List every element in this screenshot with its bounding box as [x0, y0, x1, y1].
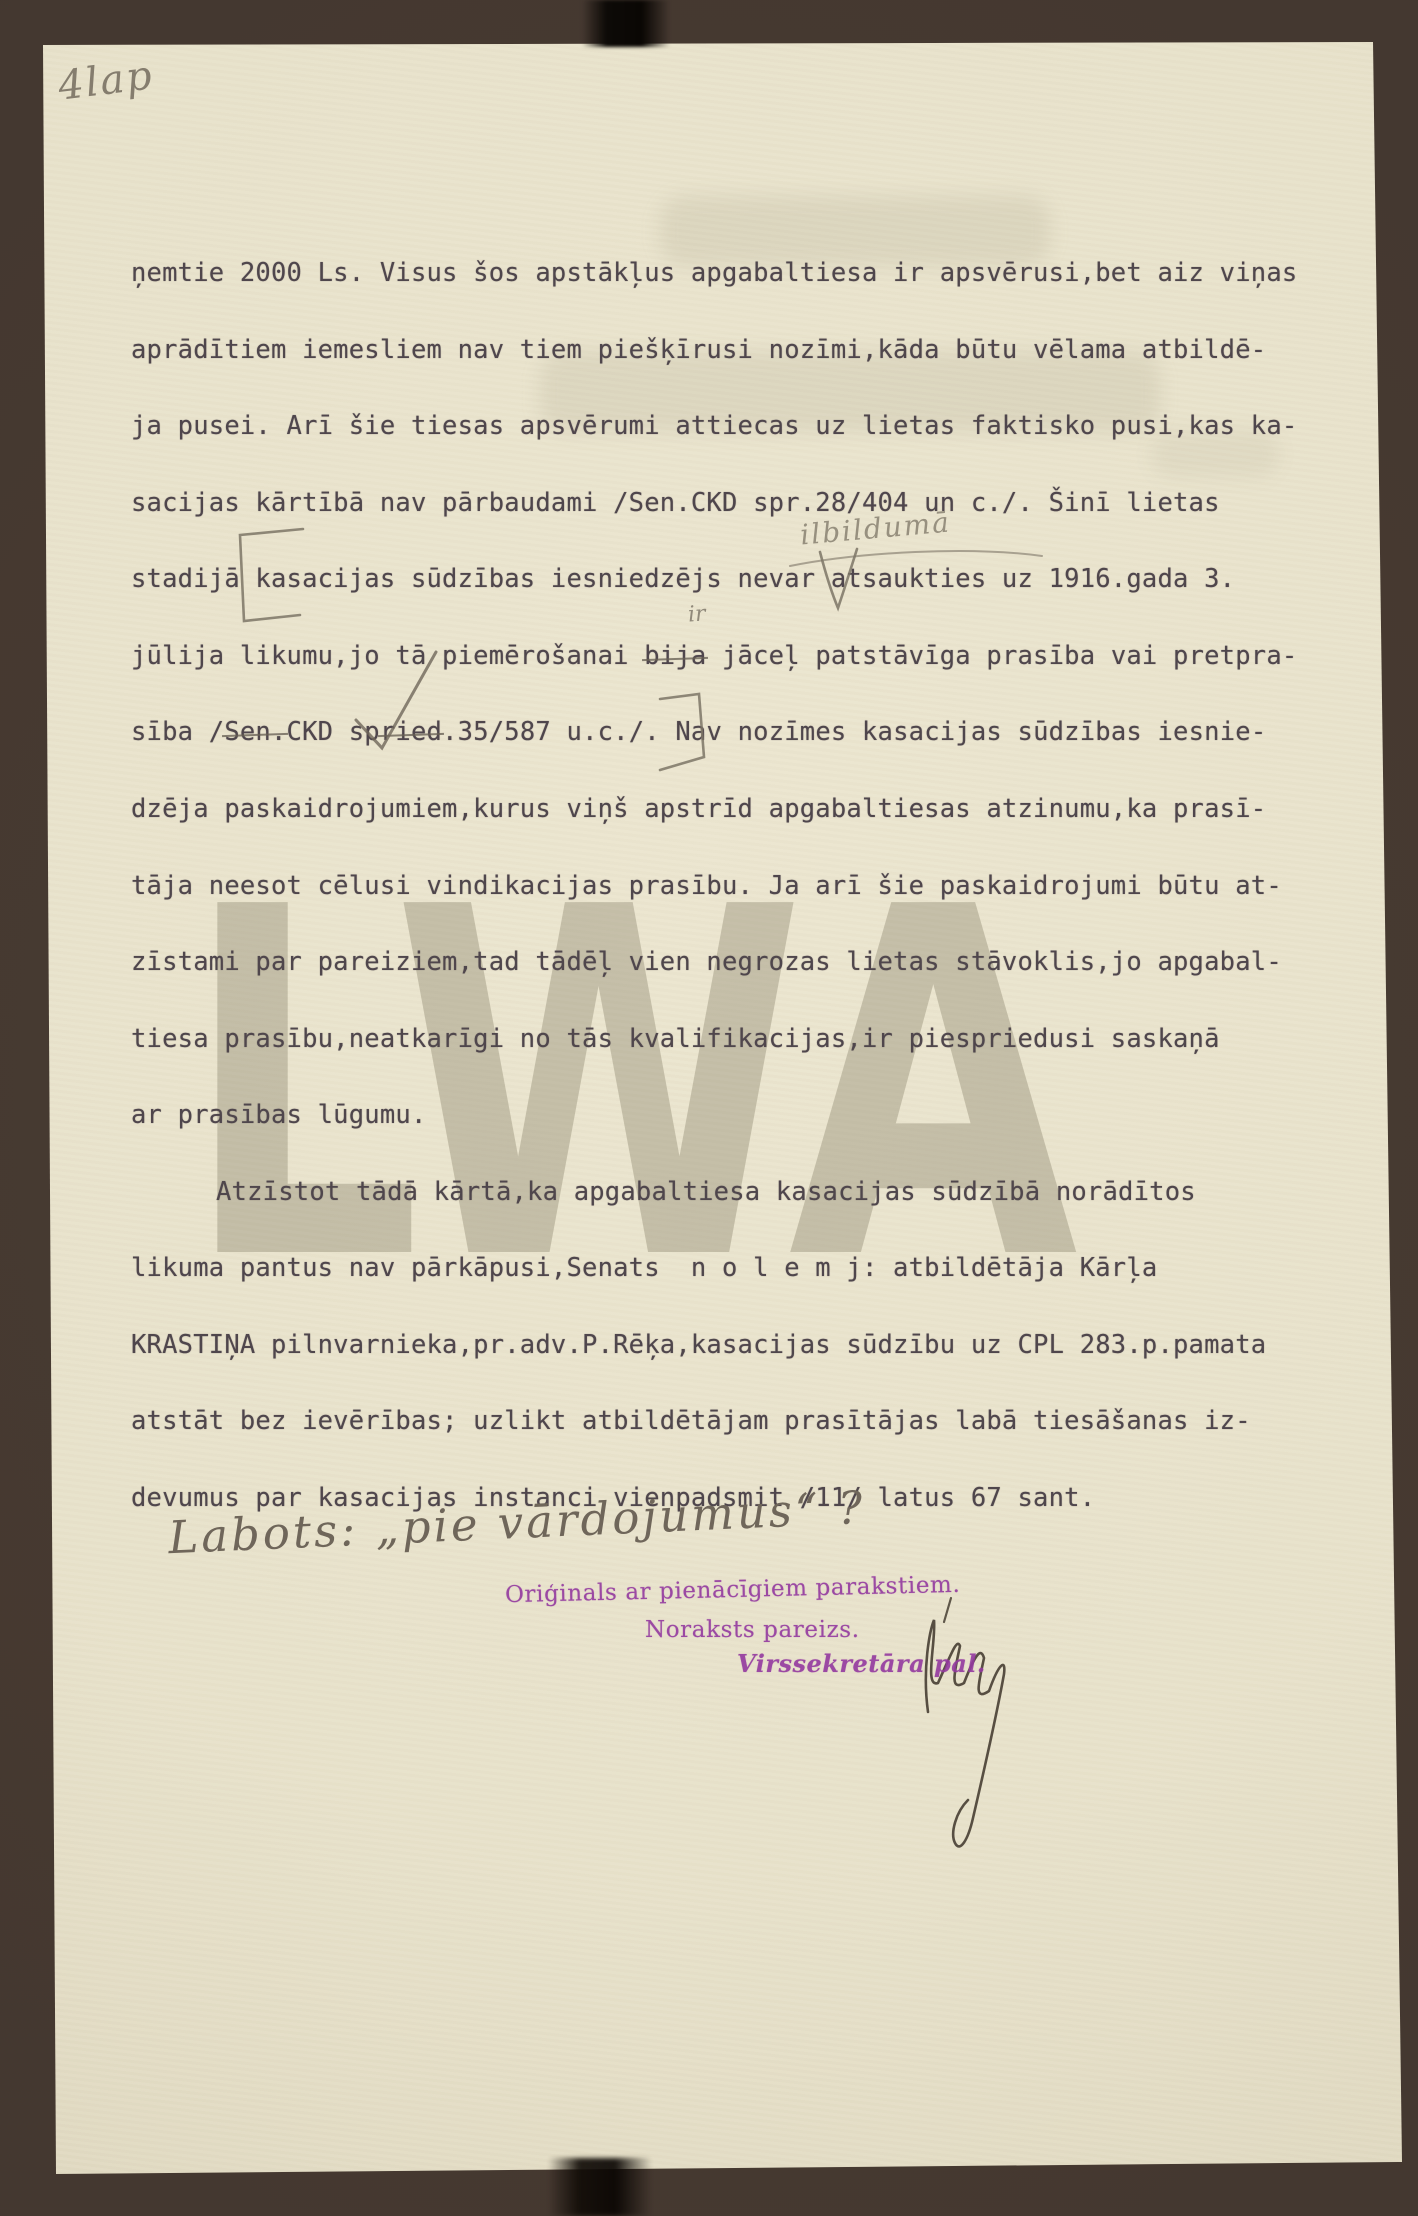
typed-line-10: zīstami par pareiziem,tad tādēļ vien neg… — [131, 945, 1282, 979]
line6-text: jāceļ patstāvīga prasība vai pretpra- — [706, 641, 1297, 671]
line7-struck-sen: Sen. — [224, 717, 286, 747]
typed-line-2: aprādītiem iemesliem nav tiem piešķīrusi… — [131, 333, 1266, 367]
line6-struck-word: bija — [644, 641, 706, 671]
typed-line-6: jūlija likumu,jo tā piemērošanai bija jā… — [131, 639, 1297, 673]
typed-line-9: tāja neesot cēlusi vindikacijas prasību.… — [131, 869, 1282, 903]
typed-line-1: ņemtie 2000 Ls. Visus šos apstākļus apga… — [131, 256, 1297, 290]
stamp-chief-secretary-assistant: Virssekretāra pal. — [737, 1649, 986, 1678]
typed-line-4: sacijas kārtībā nav pārbaudami /Sen.CKD … — [131, 486, 1220, 520]
line7-text: CKD sp — [287, 717, 380, 747]
binding-clamp-bottom — [548, 2158, 652, 2216]
binding-clamp-top — [582, 0, 670, 47]
typed-line-14: likuma pantus nav pārkāpusi,Senats n o l… — [131, 1251, 1157, 1285]
typed-line-7: sība /Sen.CKD spried.35/587 u.c./. Nav n… — [131, 715, 1266, 749]
line7-text: .35/587 u.c./. Nav nozīmes kasacijas sūd… — [442, 717, 1266, 747]
line6-text: jūlija likumu,jo tā piemērošanai — [131, 641, 644, 671]
typed-line-5: stadijā kasacijas sūdzības iesniedzējs n… — [131, 562, 1235, 596]
typed-line-13: Atzīstot tādā kārtā,ka apgabaltiesa kasa… — [216, 1175, 1196, 1209]
typed-line-3: ja pusei. Arī šie tiesas apsvērumi attie… — [131, 409, 1297, 443]
pencil-replacement-word: ir — [687, 601, 706, 627]
typed-line-12: ar prasības lūgumu. — [131, 1098, 427, 1132]
line7-text: sība / — [131, 717, 224, 747]
line7-struck-ried: ried — [380, 717, 442, 747]
typed-line-8: dzēja paskaidrojumiem,kurus viņš apstrīd… — [131, 792, 1266, 826]
typed-line-11: tiesa prasību,neatkarīgi no tās kvalifik… — [131, 1022, 1220, 1056]
typed-line-15: KRASTIŅA pilnvarnieka,pr.adv.P.Rēķa,kasa… — [131, 1328, 1266, 1362]
typed-line-16: atstāt bez ievērības; uzlikt atbildētāja… — [131, 1404, 1251, 1438]
stamp-copy-correct: Noraksts pareizs. — [645, 1617, 860, 1643]
scanned-document: LWA ņemtie 2000 Ls. Visus šos apstākļus … — [0, 0, 1418, 2216]
